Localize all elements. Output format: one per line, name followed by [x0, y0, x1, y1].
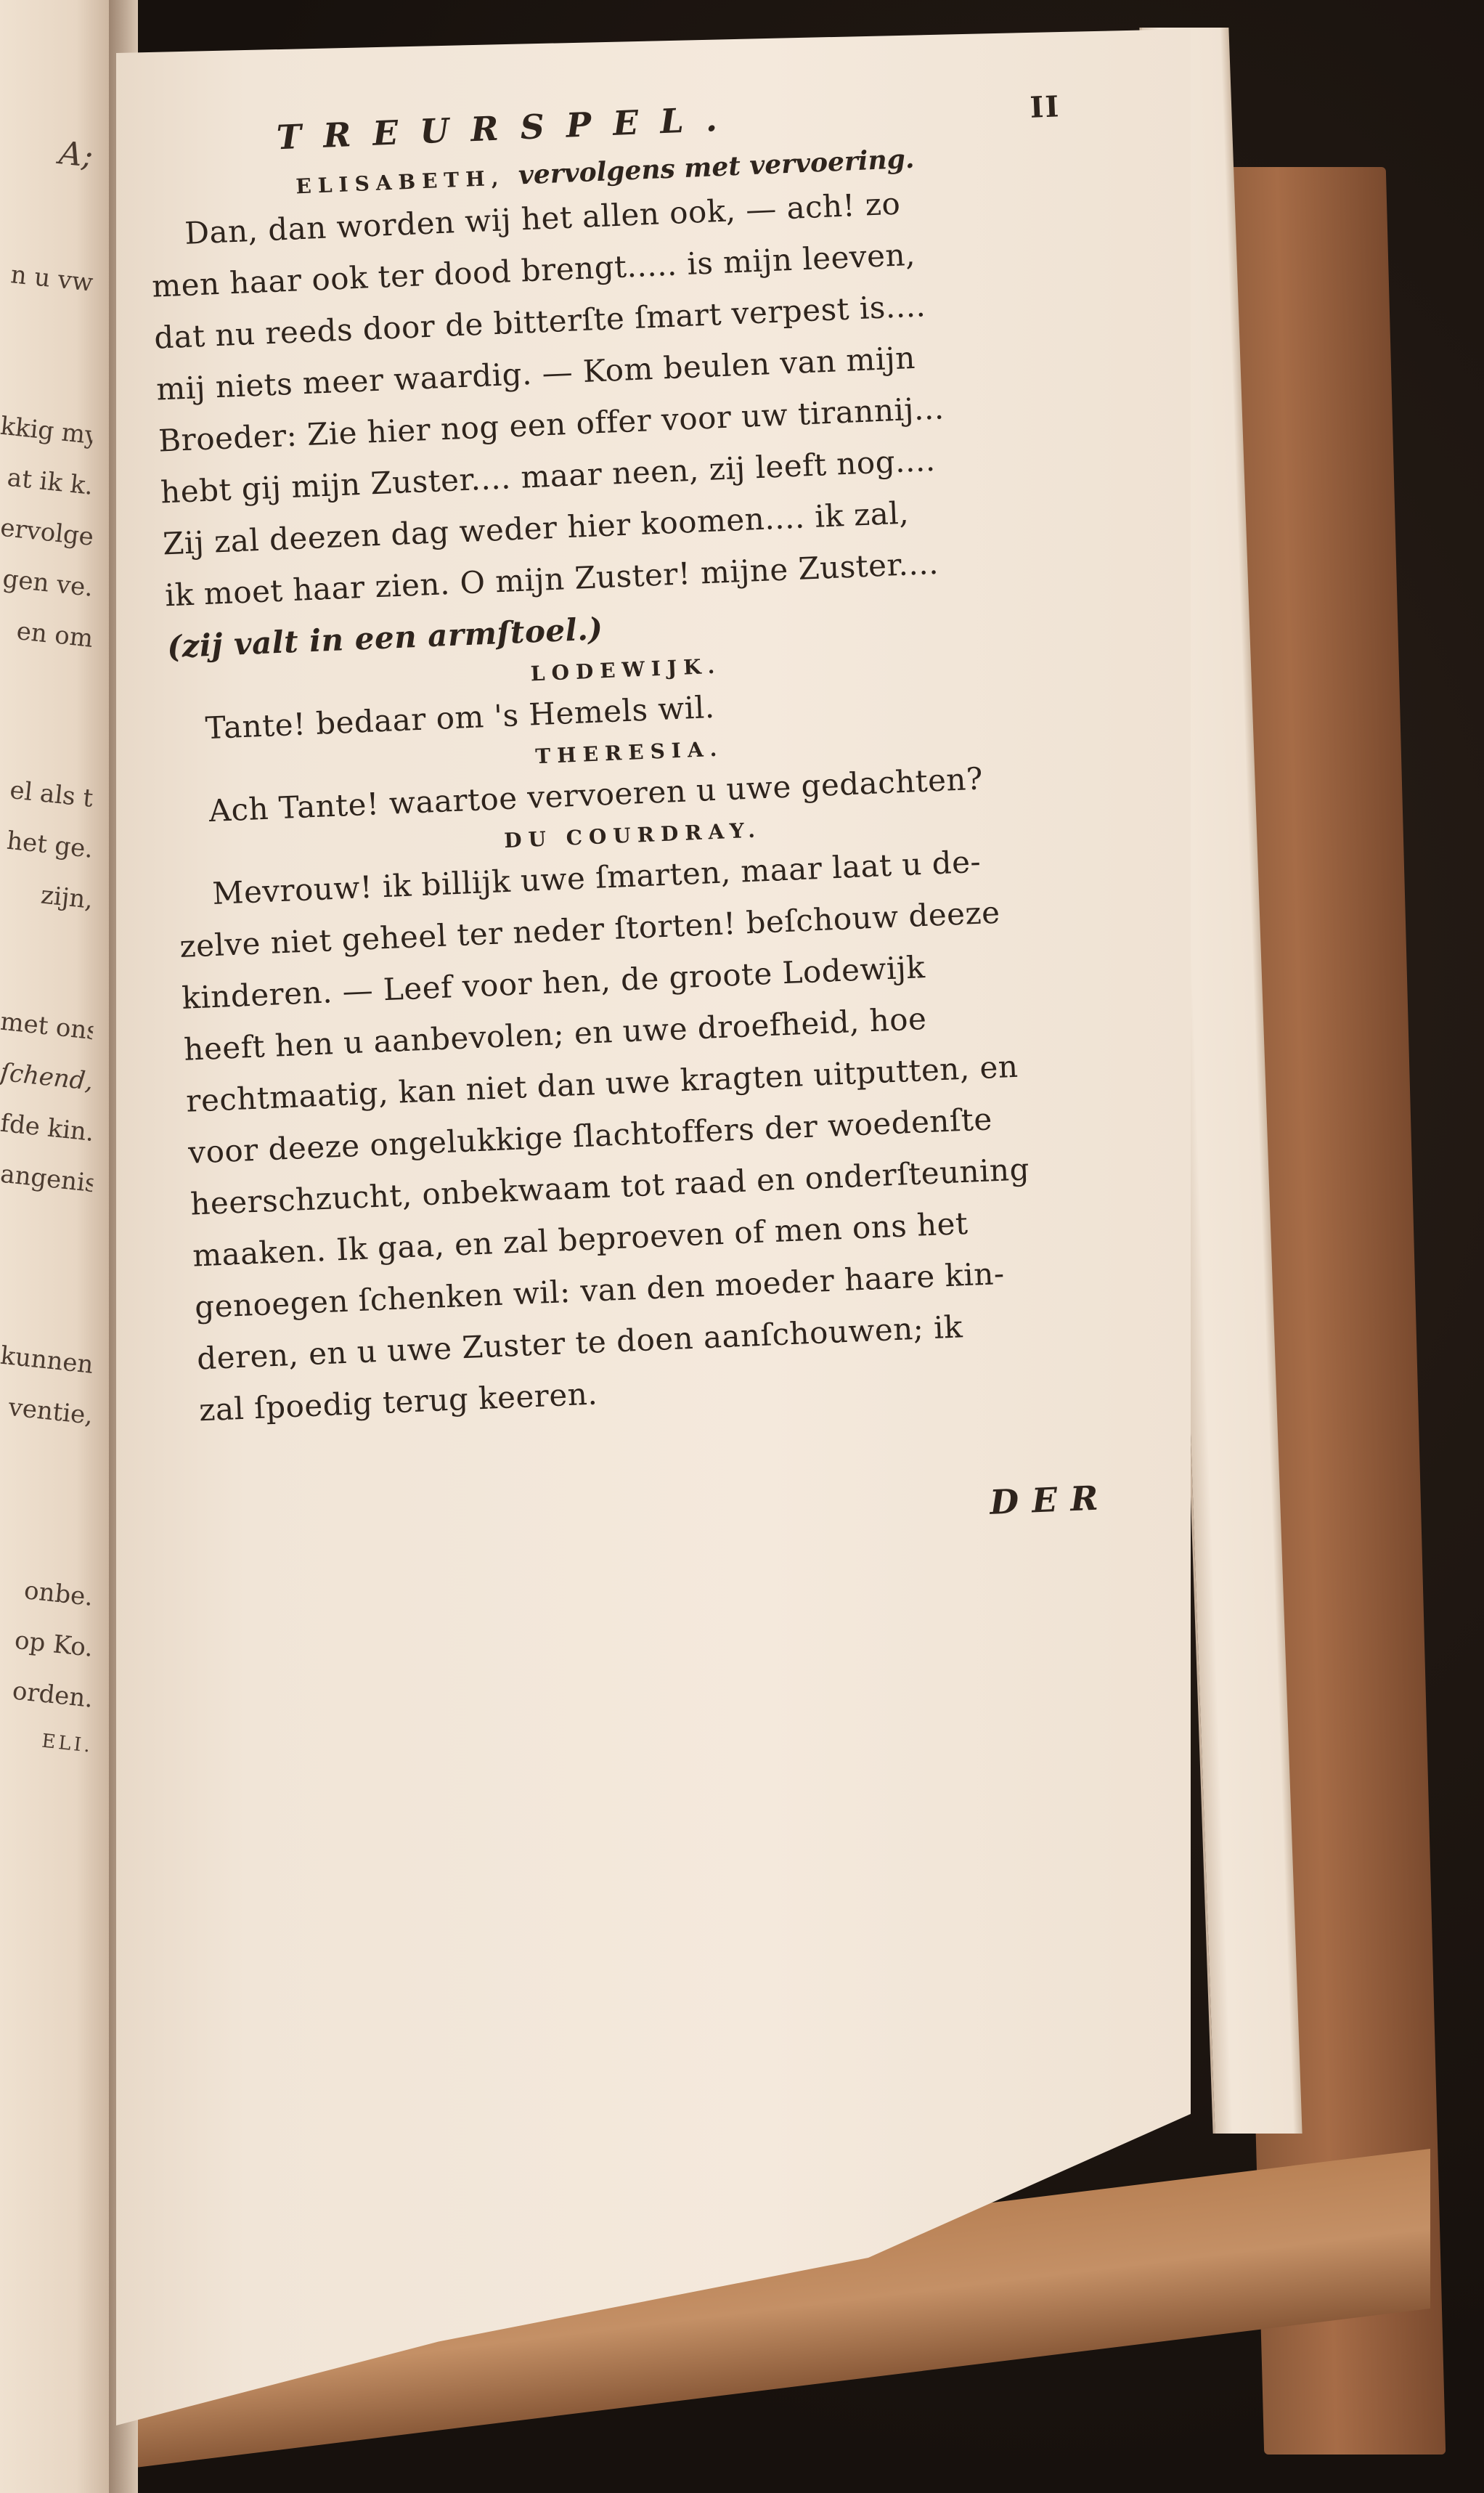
left-fragment: at ik k.: [0, 463, 94, 501]
left-fragment: ELI.: [0, 1726, 94, 1757]
left-fragment: zijn,: [0, 877, 94, 915]
left-fragment: n u vw: [0, 259, 94, 298]
left-fragment: het ge.: [0, 826, 94, 864]
speaker-name: THERESIA.: [535, 736, 724, 768]
left-fragment: el als t: [0, 775, 94, 813]
left-fragment: angenis: [0, 1160, 94, 1198]
page-number: II: [1030, 89, 1061, 125]
left-fragment: ventie,: [0, 1392, 94, 1431]
left-page: A; n u vw kkig my at ik k. ervolgen gen …: [0, 0, 112, 2493]
left-fragment: en om: [0, 615, 94, 654]
left-fragment: ſchend,: [0, 1058, 94, 1097]
speaker-name: LODEWIJK.: [530, 654, 722, 686]
left-fragment: op Ko.: [0, 1624, 94, 1663]
left-fragment: kkig my: [0, 412, 94, 450]
left-fragment: met ons.: [0, 1007, 94, 1046]
left-fragment: kunnen: [0, 1341, 94, 1380]
page-text: TREURSPEL. II ELISABETH, vervolgens met …: [145, 85, 1120, 1555]
left-fragment: ervolgen: [0, 513, 94, 552]
left-fragment: A;: [0, 129, 95, 175]
left-fragment: onbe.: [0, 1574, 94, 1612]
left-fragment: gen ve.: [0, 564, 94, 603]
left-fragment: fde kin.: [0, 1109, 94, 1147]
left-fragment: orden.: [0, 1675, 94, 1714]
speaker-name: ELISABETH,: [295, 166, 505, 198]
